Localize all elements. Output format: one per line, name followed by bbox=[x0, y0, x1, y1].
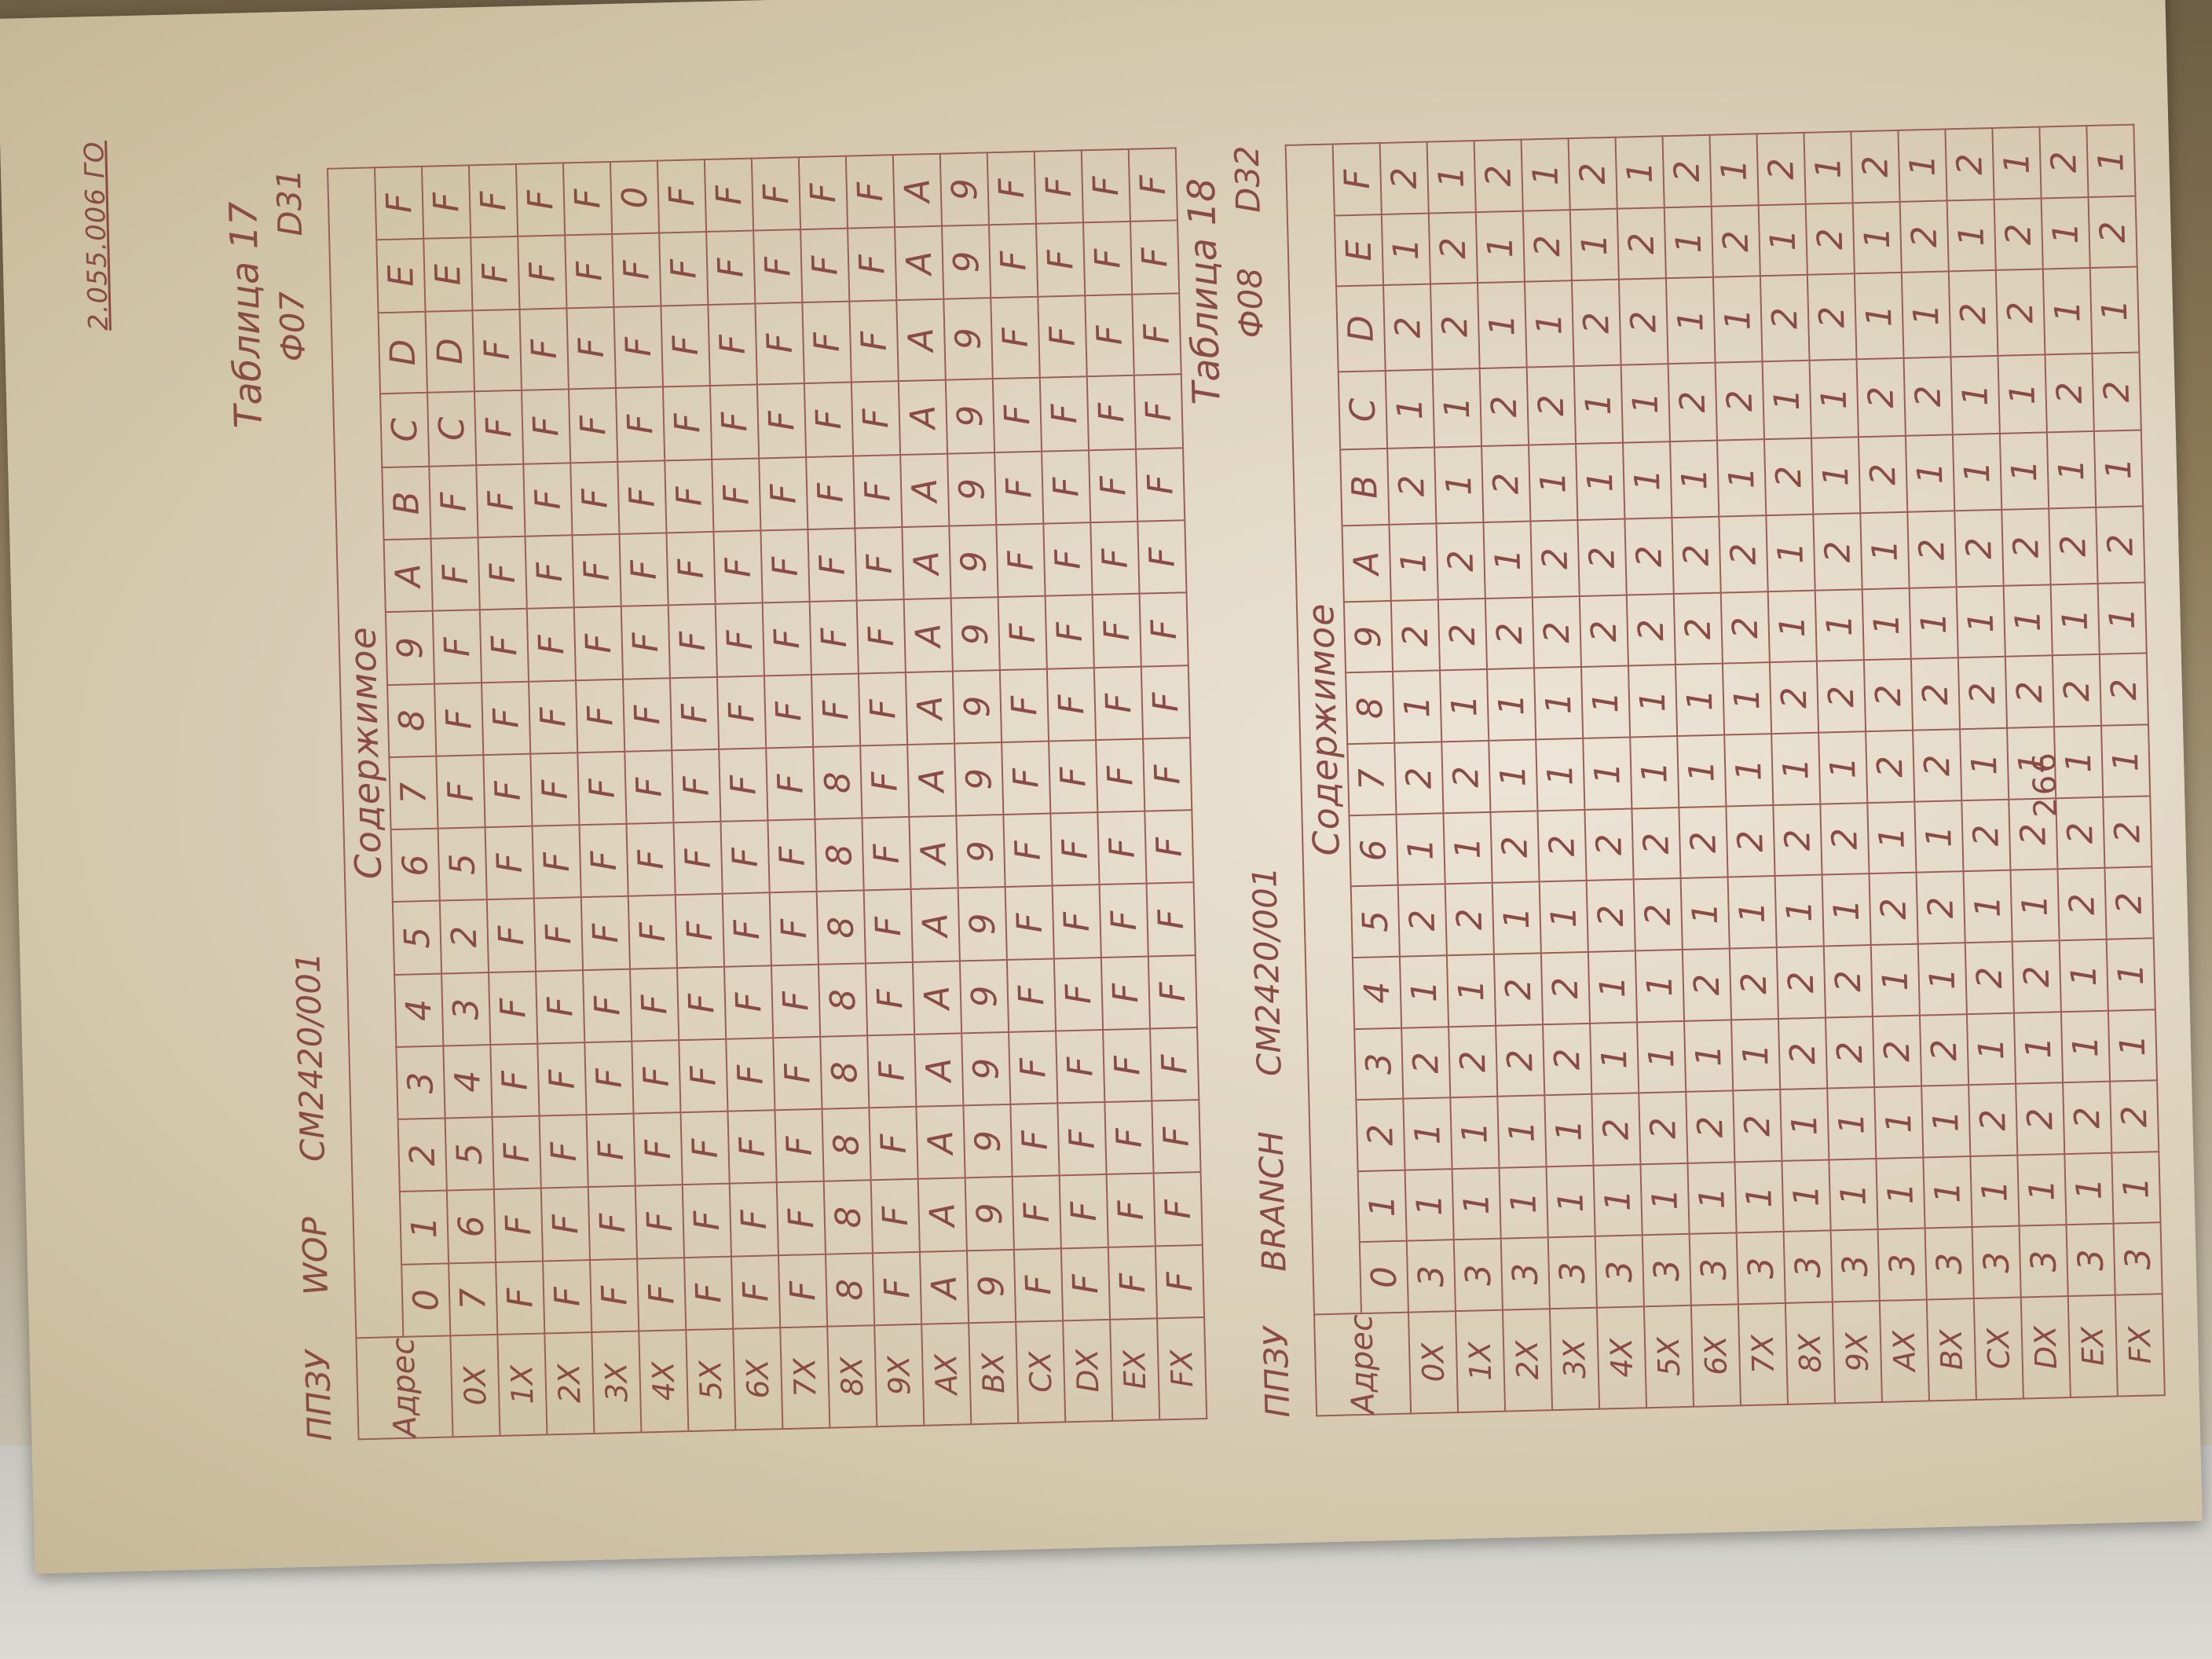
table-cell: 1 bbox=[1804, 131, 1852, 203]
table-cell: 1 bbox=[1728, 876, 1777, 948]
table-cell: 1 bbox=[1590, 1022, 1639, 1094]
table-cell: 1 bbox=[2060, 939, 2108, 1012]
table-cell: F bbox=[630, 968, 679, 1042]
table-cell: F bbox=[1060, 1174, 1108, 1248]
row-address: 2X bbox=[1503, 1309, 1552, 1411]
column-header: 4 bbox=[394, 973, 443, 1047]
table-cell: F bbox=[778, 1254, 827, 1328]
device-label: ППЗУ bbox=[298, 1350, 339, 1441]
table-cell: 1 bbox=[2098, 582, 2147, 654]
table-cell: 2 bbox=[1851, 130, 1899, 203]
table-cell: 1 bbox=[2108, 1009, 2157, 1082]
table-cell: 2 bbox=[2092, 352, 2141, 430]
table-cell: 1 bbox=[1898, 129, 1946, 201]
table-cell: 1 bbox=[2042, 197, 2090, 269]
table-cell: F bbox=[490, 1044, 539, 1118]
table-cell: 2 bbox=[1527, 366, 1576, 445]
column-header: 2 bbox=[398, 1119, 447, 1192]
table-cell: 1 bbox=[1630, 736, 1679, 808]
table-cell: 8 bbox=[813, 745, 862, 819]
table-cell: 1 bbox=[1492, 882, 1541, 954]
table-cell: F bbox=[623, 678, 672, 752]
table-cell: F bbox=[871, 1179, 920, 1253]
table-cell: F bbox=[576, 679, 624, 753]
table-cell: 2 bbox=[2005, 656, 2054, 728]
table-cell: 1 bbox=[1923, 1156, 1972, 1229]
table-cell: 2 bbox=[1726, 805, 1774, 877]
table-cell: 2 bbox=[1911, 658, 1960, 731]
table-cell: F bbox=[516, 163, 565, 236]
table-cell: 1 bbox=[1389, 523, 1437, 600]
row-address: 6X bbox=[1691, 1304, 1741, 1406]
table-cell: 1 bbox=[1583, 738, 1632, 810]
table-cell: F bbox=[613, 306, 663, 388]
table-cell: 1 bbox=[1867, 801, 1916, 873]
column-header: D bbox=[379, 311, 428, 394]
table-cell: F bbox=[469, 164, 518, 238]
table-cell: A bbox=[893, 154, 942, 228]
table-cell: 8 bbox=[819, 963, 867, 1037]
table-cell: F bbox=[587, 1114, 635, 1188]
table-cell: 2 bbox=[1773, 804, 1822, 876]
table-cell: 2 bbox=[2012, 940, 2061, 1013]
table-cell: 2 bbox=[1996, 269, 2045, 356]
table-cell: 9 bbox=[956, 815, 1005, 888]
table-cell: F bbox=[1038, 295, 1087, 378]
table-cell: F bbox=[1132, 293, 1181, 375]
table-cell: 1 bbox=[1670, 440, 1719, 518]
table-cell: 2 bbox=[1496, 1024, 1544, 1097]
table-cell: 1 bbox=[1734, 1161, 1783, 1233]
table-cell: 2 bbox=[1617, 207, 1666, 280]
table-cell: F bbox=[1155, 1245, 1204, 1319]
table-cell: 1 bbox=[1782, 1159, 1830, 1232]
table-cell: F bbox=[1054, 958, 1103, 1031]
table-cell: 1 bbox=[1763, 361, 1811, 439]
table-cell: 1 bbox=[2086, 125, 2135, 197]
table-cell: F bbox=[471, 236, 519, 310]
table-cell: F bbox=[1150, 1027, 1199, 1101]
table-cell: 1 bbox=[1400, 955, 1448, 1027]
table-cell: 1 bbox=[1478, 282, 1527, 368]
column-header: E bbox=[376, 239, 425, 313]
table-cell: F bbox=[1089, 449, 1137, 523]
table-cell: F bbox=[855, 527, 903, 601]
table-cell: F bbox=[590, 1258, 639, 1332]
column-header: 4 bbox=[1353, 957, 1401, 1029]
table-cell: 2 bbox=[1383, 284, 1433, 371]
table-cell: 1 bbox=[1815, 589, 1864, 661]
table-cell: 2 bbox=[1577, 518, 1626, 595]
column-header: 3 bbox=[396, 1046, 445, 1120]
table-cell: F bbox=[684, 1256, 733, 1330]
table-cell: 2 bbox=[1873, 1015, 1921, 1087]
row-address: FX bbox=[2115, 1294, 2165, 1396]
table-cell: F bbox=[1047, 668, 1096, 742]
table-cell: F bbox=[627, 823, 676, 897]
table-cell: F bbox=[1036, 223, 1085, 297]
table-cell: 1 bbox=[2000, 432, 2049, 510]
table-cell: F bbox=[483, 754, 532, 828]
table-cell: 4 bbox=[443, 1045, 492, 1119]
table-cell: F bbox=[1007, 958, 1056, 1032]
table-cell: F bbox=[530, 753, 579, 826]
table-cell: 1 bbox=[1713, 276, 1763, 363]
row-address: 9X bbox=[874, 1324, 924, 1426]
table-cell: 2 bbox=[2096, 506, 2144, 583]
table-cell: 9 bbox=[946, 379, 994, 453]
address-header: Адрес bbox=[356, 1335, 452, 1439]
table-cell: 2 bbox=[1569, 137, 1617, 210]
component-ref: D31 bbox=[269, 168, 309, 236]
table-cell: F bbox=[1107, 1174, 1155, 1247]
table-cell: 1 bbox=[1766, 515, 1815, 591]
row-address: 6X bbox=[733, 1328, 782, 1430]
table-cell: F bbox=[989, 224, 1038, 298]
column-header: 5 bbox=[393, 901, 441, 975]
table-cell: A bbox=[920, 1251, 969, 1324]
table-cell: F bbox=[493, 1116, 541, 1190]
row-address: DX bbox=[1063, 1320, 1112, 1422]
column-header: 7 bbox=[389, 756, 438, 830]
table-cell: 2 bbox=[1634, 878, 1683, 950]
table-cell: 1 bbox=[1581, 666, 1630, 738]
table-cell: 2 bbox=[1994, 198, 2043, 270]
table-cell: 2 bbox=[1445, 883, 1494, 955]
column-header: F bbox=[375, 167, 423, 240]
table-cell: 1 bbox=[1487, 668, 1536, 741]
table-cell: 1 bbox=[1635, 950, 1684, 1022]
table-cell: 9 bbox=[953, 670, 1002, 744]
table-cell: C bbox=[427, 391, 476, 466]
table-cell: 2 bbox=[1401, 1027, 1450, 1099]
table-cell: F bbox=[804, 382, 853, 456]
table-cell: F bbox=[670, 677, 719, 751]
table-cell: 9 bbox=[963, 1104, 1012, 1178]
table-cell: 1 bbox=[1910, 587, 1958, 659]
table-cell: 3 bbox=[1878, 1229, 1927, 1301]
table-cell: 3 bbox=[1643, 1234, 1691, 1306]
table-cell: 2 bbox=[1857, 358, 1906, 437]
table-cell: 1 bbox=[2111, 1152, 2160, 1224]
table-cell: 2 bbox=[1394, 742, 1443, 814]
table-cell: 2 bbox=[1668, 363, 1717, 441]
table-cell: F bbox=[472, 309, 522, 391]
table-cell: 2 bbox=[1719, 515, 1767, 592]
table-cell: F bbox=[1108, 1246, 1157, 1320]
table-cell: A bbox=[899, 379, 947, 454]
table-cell: 1 bbox=[1434, 446, 1483, 524]
table-cell: 2 bbox=[1537, 810, 1586, 882]
table-cell: 9 bbox=[940, 152, 989, 226]
table-cell: F bbox=[1097, 811, 1146, 885]
table-cell: 2 bbox=[1619, 279, 1668, 365]
device-label: ППЗУ bbox=[1256, 1326, 1297, 1418]
table-cell: F bbox=[869, 1107, 917, 1181]
table-cell: F bbox=[873, 1252, 921, 1326]
table-cell: 2 bbox=[1900, 200, 1949, 273]
table-cell: F bbox=[1050, 812, 1099, 886]
part-number: CM2420/001 bbox=[1245, 866, 1289, 1077]
table-cell: F bbox=[543, 1260, 591, 1334]
table-cell: F bbox=[679, 1039, 727, 1113]
table-cell: F bbox=[588, 1186, 637, 1260]
table-cell: 1 bbox=[1540, 881, 1588, 953]
table-cell: F bbox=[584, 1042, 633, 1115]
table-cell: F bbox=[1083, 222, 1132, 295]
table-cell: 1 bbox=[1780, 1089, 1829, 1161]
table-cell: 1 bbox=[1687, 1162, 1736, 1234]
table-cell: F bbox=[672, 749, 720, 823]
table-cell: 2 bbox=[2100, 654, 2148, 726]
table-cell: F bbox=[723, 893, 771, 967]
table-cell: F bbox=[474, 390, 523, 465]
table-cell: 8 bbox=[817, 891, 866, 965]
table-cell: F bbox=[808, 529, 856, 602]
table-cell: 2 bbox=[1864, 659, 1913, 731]
table-cell: F bbox=[713, 531, 762, 605]
table-cell: F bbox=[422, 165, 471, 239]
table-cell: 2 bbox=[1494, 953, 1543, 1025]
row-address: 8X bbox=[1785, 1302, 1835, 1404]
table-cell: F bbox=[1002, 742, 1050, 815]
table-cell: F bbox=[541, 1188, 590, 1262]
table-cell: 2 bbox=[1958, 657, 2007, 729]
table-cell: 2 bbox=[2049, 507, 2097, 584]
table-cell: F bbox=[1049, 740, 1097, 814]
table-cell: 2 bbox=[1441, 741, 1490, 813]
table-cell: F bbox=[760, 529, 809, 603]
table-cell: 2 bbox=[1533, 596, 1581, 668]
table-cell: 1 bbox=[1810, 359, 1859, 438]
table-cell: 1 bbox=[1950, 356, 1999, 434]
table-cell: F bbox=[1134, 374, 1183, 449]
table-cell: F bbox=[429, 465, 478, 539]
table-cell: F bbox=[848, 228, 896, 302]
table-cell: F bbox=[1061, 1247, 1110, 1321]
table-cell: F bbox=[770, 892, 819, 965]
table-cell: 3 bbox=[2114, 1223, 2163, 1295]
row-address: 0X bbox=[1408, 1311, 1458, 1413]
part-number: CM2420/001 bbox=[288, 952, 332, 1163]
table-cell: F bbox=[1148, 955, 1197, 1029]
table-cell: F bbox=[619, 533, 668, 607]
table-cell: 2 bbox=[1474, 140, 1523, 212]
row-address: 0X bbox=[450, 1335, 500, 1437]
table-cell: F bbox=[565, 234, 613, 308]
table-cell: 1 bbox=[1918, 943, 1967, 1015]
document-page: 2.055.006 ГО Таблица 17 ППЗУ WOP CM2420/… bbox=[0, 0, 2203, 1573]
table-cell: 1 bbox=[1960, 728, 2009, 800]
table-cell: F bbox=[563, 162, 612, 236]
table-cell: 1 bbox=[2047, 431, 2096, 509]
rom-table-17: Адрес Содержимое 0123456789ABCDEF 0X7654… bbox=[327, 147, 1207, 1440]
table-cell: F bbox=[1147, 883, 1196, 957]
column-header: 7 bbox=[1347, 743, 1396, 815]
table-cell: F bbox=[1103, 1029, 1152, 1103]
table-cell: A bbox=[896, 298, 946, 381]
column-header: 5 bbox=[1351, 885, 1400, 958]
table-cell: 1 bbox=[1768, 591, 1817, 663]
table-cell: F bbox=[755, 302, 804, 385]
table-cell: F bbox=[777, 1181, 826, 1255]
table-cell: 2 bbox=[2104, 867, 2153, 939]
table-cell: 2 bbox=[1639, 1092, 1687, 1164]
table-cell: F bbox=[727, 1110, 776, 1184]
table-cell: 2 bbox=[1733, 1090, 1782, 1162]
table-cell: F bbox=[862, 817, 910, 891]
table-cell: 2 bbox=[1448, 1025, 1497, 1097]
table-cell: 1 bbox=[1967, 1013, 2016, 1085]
table-cell: 9 bbox=[958, 887, 1007, 961]
table-cell: 1 bbox=[1970, 1155, 2019, 1227]
column-header: 8 bbox=[1346, 672, 1394, 744]
table-cell: F bbox=[577, 752, 626, 826]
table-cell: 1 bbox=[1829, 1159, 1877, 1231]
table-cell: F bbox=[527, 608, 576, 682]
table-cell: F bbox=[766, 747, 815, 821]
table-cell: 2 bbox=[1807, 274, 1857, 361]
table-cell: 1 bbox=[1576, 442, 1624, 520]
table-cell: F bbox=[681, 1111, 730, 1185]
table-cell: F bbox=[1005, 886, 1054, 960]
table-cell: F bbox=[1057, 1102, 1106, 1176]
table-cell: F bbox=[1043, 522, 1092, 596]
table-cell: 1 bbox=[1953, 434, 2001, 511]
table-cell: 1 bbox=[1497, 1095, 1546, 1167]
table-cell: 2 bbox=[1584, 808, 1633, 881]
table-cell: F bbox=[1014, 1248, 1063, 1322]
table-cell: F bbox=[637, 1258, 686, 1331]
table-cell: F bbox=[806, 456, 855, 529]
table-cell: F bbox=[1143, 738, 1192, 811]
table-cell: 1 bbox=[1637, 1020, 1686, 1093]
table-cell: F bbox=[523, 463, 572, 537]
table-cell: 1 bbox=[1489, 740, 1537, 812]
table-cell: 2 bbox=[1764, 438, 1813, 515]
table-cell: 1 bbox=[1818, 731, 1867, 804]
table-cell: 1 bbox=[2051, 584, 2100, 656]
table-cell: F bbox=[668, 604, 717, 678]
table-cell: 2 bbox=[1436, 522, 1485, 599]
table-cell: F bbox=[1096, 739, 1144, 813]
table-cell: E bbox=[423, 238, 472, 312]
row-address: AX bbox=[1880, 1299, 1929, 1401]
table-cell: 1 bbox=[1574, 364, 1623, 443]
row-address: 8X bbox=[827, 1325, 877, 1427]
table-cell: 1 bbox=[1621, 364, 1670, 442]
table-cell: F bbox=[566, 307, 616, 390]
table-cell: F bbox=[676, 894, 724, 968]
table-cell: 1 bbox=[1593, 1164, 1642, 1236]
table-cell: F bbox=[802, 301, 851, 383]
table-cell: F bbox=[616, 386, 665, 461]
table-cell: D bbox=[425, 310, 474, 393]
table-cell: F bbox=[706, 231, 755, 305]
table-cell: F bbox=[1090, 522, 1139, 595]
row-address: 3X bbox=[1550, 1308, 1599, 1410]
table-cell: F bbox=[1129, 148, 1177, 222]
table-cell: 2 bbox=[1756, 133, 1805, 205]
table-cell: F bbox=[536, 970, 584, 1044]
table-cell: 1 bbox=[1871, 944, 1920, 1016]
table-cell: F bbox=[519, 308, 569, 390]
table-cell: 2 bbox=[2053, 654, 2101, 727]
table-cell: 1 bbox=[1403, 1097, 1452, 1170]
table-cell: F bbox=[1056, 1030, 1104, 1104]
table-cell: 1 bbox=[1440, 669, 1489, 742]
column-header: 1 bbox=[1358, 1170, 1407, 1242]
table-cell: 1 bbox=[1874, 1086, 1923, 1159]
table-cell: 1 bbox=[1675, 664, 1724, 736]
table-cell: F bbox=[998, 596, 1047, 670]
table-cell: F bbox=[482, 681, 530, 755]
table-cell: F bbox=[570, 462, 619, 536]
table-cell: 1 bbox=[1731, 1019, 1780, 1091]
table-cell: F bbox=[533, 825, 581, 899]
table-cell: 1 bbox=[1447, 954, 1496, 1027]
table-cell: 2 bbox=[2045, 353, 2093, 432]
table-cell: 1 bbox=[1862, 588, 1911, 661]
table-cell: 3 bbox=[1690, 1233, 1738, 1306]
table-cell: 1 bbox=[1906, 434, 1954, 512]
table-cell: F bbox=[580, 824, 628, 898]
table-cell: A bbox=[911, 888, 960, 962]
table-cell: 1 bbox=[1547, 1166, 1595, 1238]
row-address: CX bbox=[1016, 1320, 1065, 1423]
table-cell: F bbox=[726, 1038, 775, 1111]
table-cell: F bbox=[1140, 593, 1188, 667]
table-cell: 1 bbox=[1405, 1169, 1454, 1241]
table-cell: F bbox=[1154, 1172, 1203, 1246]
table-cell: F bbox=[1040, 376, 1089, 451]
table-cell: 1 bbox=[1853, 202, 1902, 274]
margin-note: 2.055.006 ГО bbox=[79, 141, 115, 331]
row-address: 5X bbox=[686, 1329, 735, 1431]
table-cell: 1 bbox=[1724, 734, 1773, 806]
table-cell: 1 bbox=[1534, 667, 1583, 739]
table-cell: 1 bbox=[1860, 512, 1909, 589]
table-cell: F bbox=[800, 229, 849, 302]
table-cell: 3 bbox=[1925, 1227, 1974, 1299]
table-cell: F bbox=[712, 458, 760, 532]
firmware-code: Ф08 bbox=[1230, 267, 1270, 339]
table-cell: 1 bbox=[1684, 1020, 1733, 1092]
row-address: EX bbox=[2068, 1295, 2118, 1397]
row-address: 4X bbox=[1597, 1306, 1646, 1408]
table-cell: 1 bbox=[1623, 441, 1672, 519]
table-cell: 5 bbox=[445, 1117, 494, 1191]
table-cell: 5 bbox=[438, 827, 487, 901]
table-cell: 3 bbox=[1831, 1229, 1880, 1302]
table-cell: 2 bbox=[1580, 595, 1628, 667]
row-address: 1X bbox=[497, 1333, 547, 1435]
table-cell: 9 bbox=[943, 298, 993, 380]
table-cell: 2 bbox=[1391, 599, 1440, 672]
table-cell: 2 bbox=[440, 900, 489, 974]
table-cell: F bbox=[431, 537, 480, 611]
table-cell: 2 bbox=[1826, 1016, 1874, 1089]
table-cell: F bbox=[757, 383, 806, 458]
table-cell: 1 bbox=[1522, 138, 1570, 211]
table-cell: 3 bbox=[441, 972, 490, 1046]
table-cell: F bbox=[526, 536, 574, 610]
column-header: A bbox=[1342, 525, 1391, 602]
table-cell: 2 bbox=[1438, 599, 1487, 671]
table-cell: 1 bbox=[1483, 521, 1532, 598]
table-cell: F bbox=[1094, 666, 1143, 740]
table-cell: F bbox=[1087, 375, 1136, 450]
